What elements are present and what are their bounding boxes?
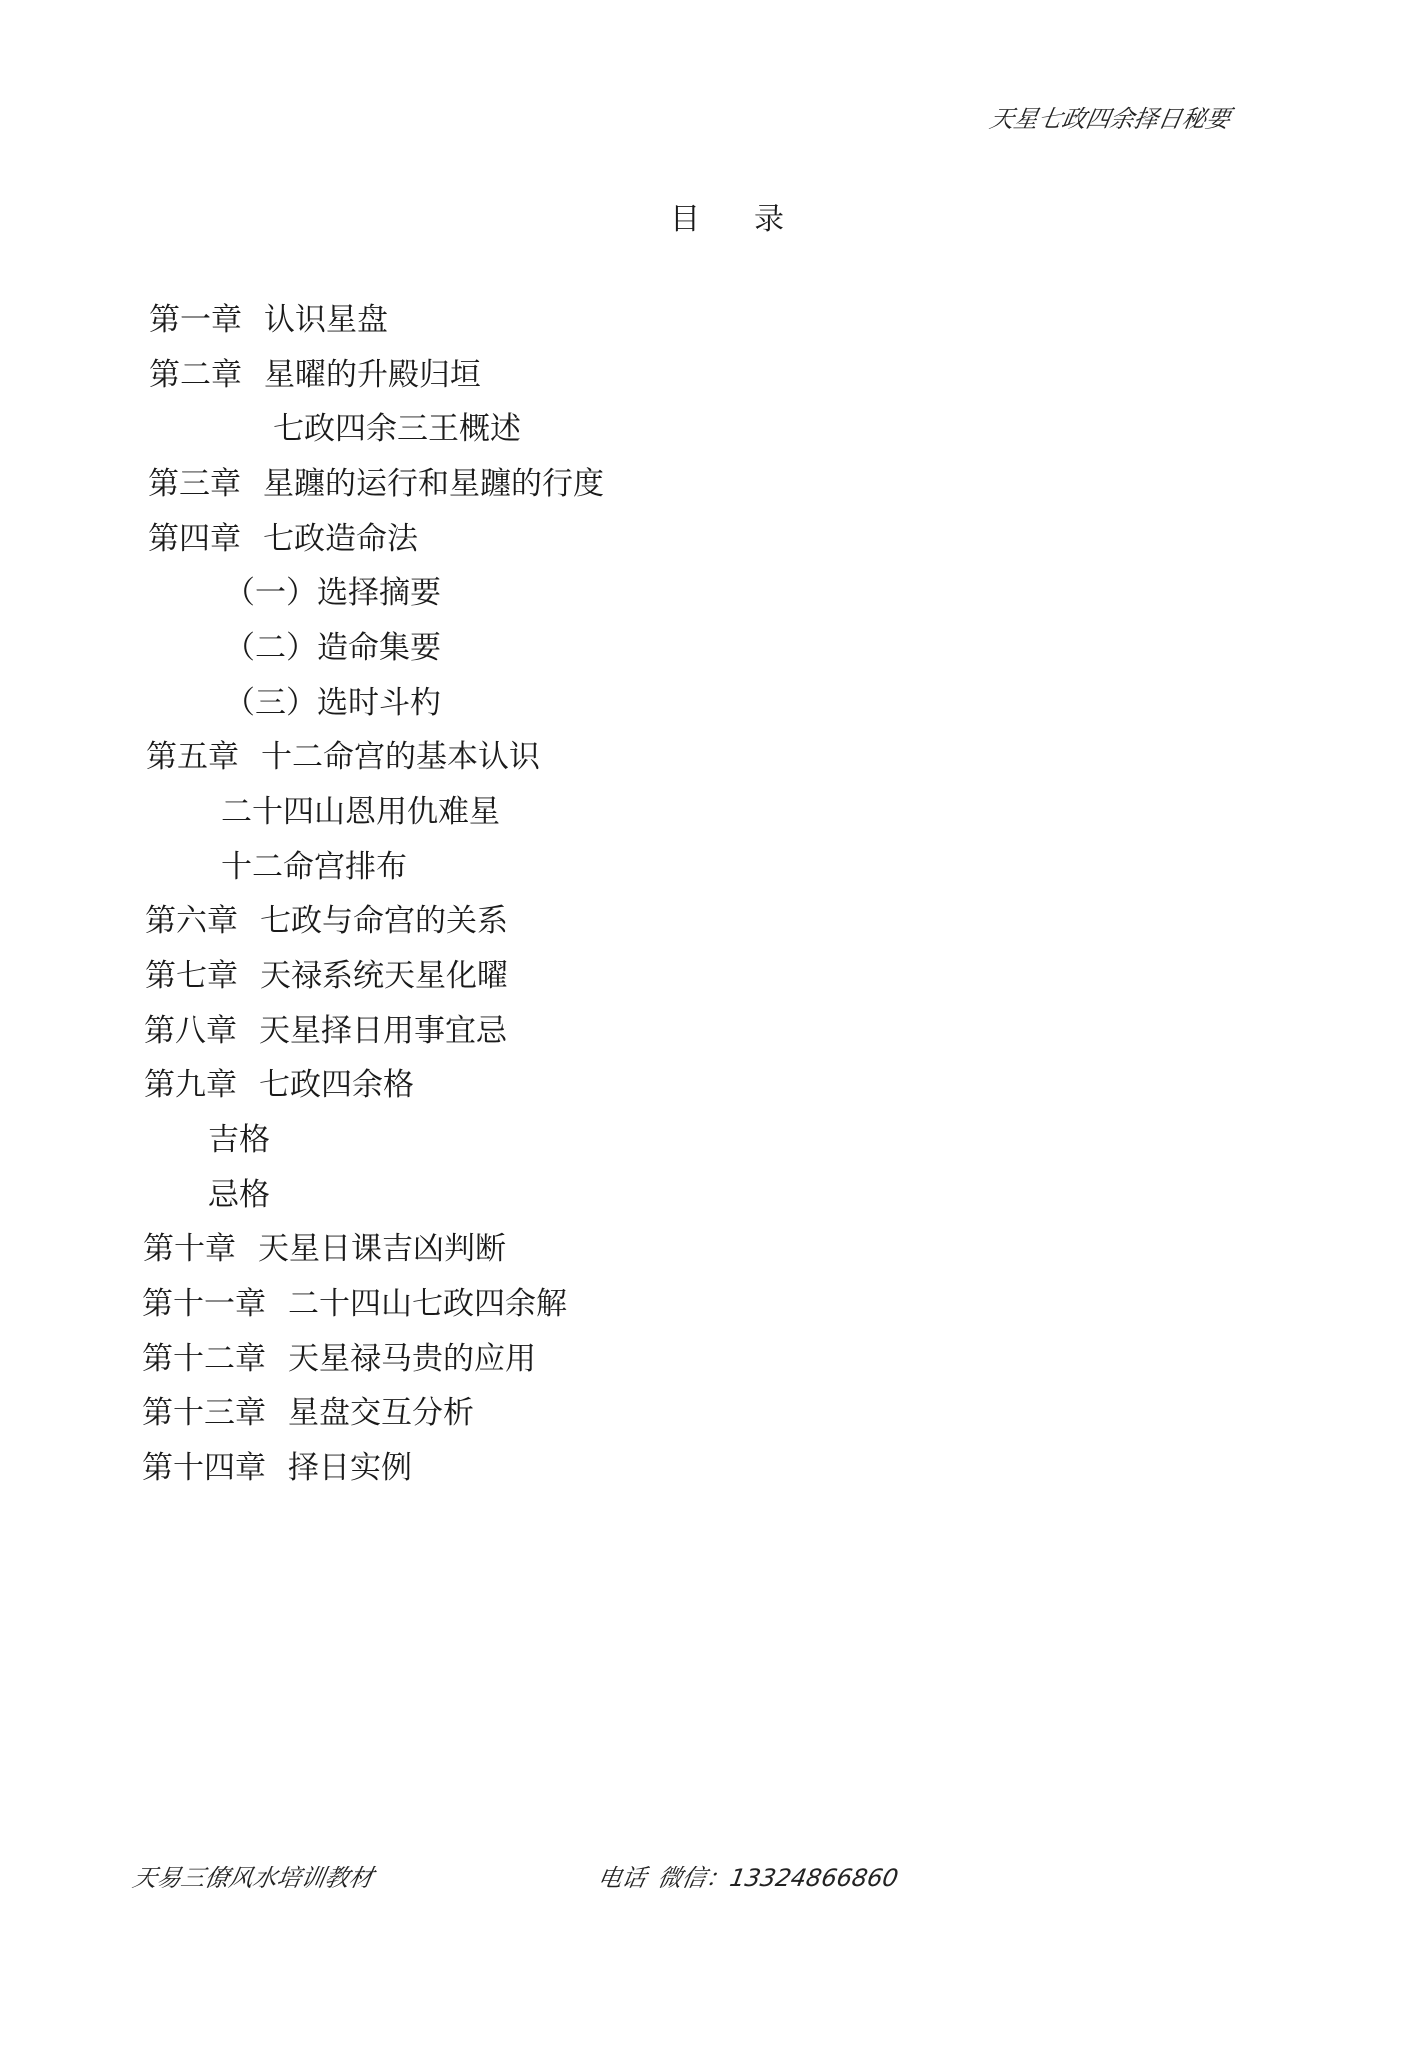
chapter-label: 第十三章 <box>142 1395 266 1431</box>
chapter-label: 第二章 <box>149 357 242 393</box>
section-title: 吉格 <box>208 1122 270 1158</box>
section-title: 七政四余三王概述 <box>273 411 521 447</box>
toc-entry-ch13[interactable]: 第十三章星盘交互分析 <box>142 1395 474 1431</box>
section-title: 造命集要 <box>317 630 441 666</box>
chapter-label: 第六章 <box>145 903 238 939</box>
toc-subentry[interactable]: （二）造命集要 <box>224 630 441 666</box>
chapter-title: 天星择日用事宜忌 <box>259 1013 507 1049</box>
chapter-title: 十二命宫的基本认识 <box>261 739 540 775</box>
section-title: 选择摘要 <box>317 575 441 611</box>
section-title: 二十四山恩用仇难星 <box>221 794 500 830</box>
running-header: 天星七政四余择日秘要 <box>987 104 1232 134</box>
toc-subentry[interactable]: 忌格 <box>208 1177 270 1213</box>
chapter-label: 第一章 <box>149 302 242 338</box>
toc-entry-ch10[interactable]: 第十章天星日课吉凶判断 <box>143 1231 506 1267</box>
chapter-label: 第九章 <box>144 1067 237 1103</box>
toc-entry-ch8[interactable]: 第八章天星择日用事宜忌 <box>144 1013 507 1049</box>
toc-subentry[interactable]: （一）选择摘要 <box>224 575 441 611</box>
toc-subentry[interactable]: 吉格 <box>208 1122 270 1158</box>
section-number: （二） <box>224 630 317 666</box>
chapter-title: 星曜的升殿归垣 <box>264 357 481 393</box>
section-title: 选时斗杓 <box>317 685 441 721</box>
toc-subentry[interactable]: 十二命宫排布 <box>221 849 407 885</box>
wechat-contact: 微信：13324866860 <box>656 1864 901 1892</box>
section-title: 十二命宫排布 <box>221 849 407 885</box>
toc-entry-ch2[interactable]: 第二章星曜的升殿归垣 <box>149 357 481 393</box>
section-number: （三） <box>224 685 317 721</box>
toc-entry-ch14[interactable]: 第十四章择日实例 <box>142 1450 412 1486</box>
toc-subentry[interactable]: 七政四余三王概述 <box>273 411 521 447</box>
chapter-label: 第七章 <box>145 958 238 994</box>
section-number: （一） <box>224 575 317 611</box>
toc-entry-ch5[interactable]: 第五章十二命宫的基本认识 <box>146 739 540 775</box>
toc-entry-ch3[interactable]: 第三章星躔的运行和星躔的行度 <box>148 466 604 502</box>
chapter-title: 星盘交互分析 <box>288 1395 474 1431</box>
toc-subentry[interactable]: 二十四山恩用仇难星 <box>221 794 500 830</box>
toc-entry-ch9[interactable]: 第九章七政四余格 <box>144 1067 414 1103</box>
chapter-label: 第十四章 <box>142 1450 266 1486</box>
toc-entry-ch6[interactable]: 第六章七政与命宫的关系 <box>145 903 508 939</box>
footer-publisher: 天易三僚风水培训教材 <box>130 1862 376 1894</box>
toc-subentry[interactable]: （三）选时斗杓 <box>224 685 441 721</box>
chapter-label: 第十二章 <box>142 1341 266 1377</box>
toc-entry-ch11[interactable]: 第十一章二十四山七政四余解 <box>142 1286 567 1322</box>
chapter-title: 天禄系统天星化曜 <box>260 958 508 994</box>
chapter-title: 认识星盘 <box>264 302 388 338</box>
chapter-title: 择日实例 <box>288 1450 412 1486</box>
chapter-title: 七政四余格 <box>259 1067 414 1103</box>
toc-entry-ch4[interactable]: 第四章七政造命法 <box>148 521 418 557</box>
chapter-title: 天星禄马贵的应用 <box>288 1341 536 1377</box>
toc-entry-ch12[interactable]: 第十二章天星禄马贵的应用 <box>142 1341 536 1377</box>
toc-entry-ch1[interactable]: 第一章认识星盘 <box>149 302 388 338</box>
chapter-title: 天星日课吉凶判断 <box>258 1231 506 1267</box>
chapter-label: 第三章 <box>148 466 241 502</box>
chapter-label: 第四章 <box>148 521 241 557</box>
chapter-label: 第五章 <box>146 739 239 775</box>
toc-title-char: 目 <box>670 202 700 238</box>
chapter-label: 第八章 <box>144 1013 237 1049</box>
chapter-title: 七政造命法 <box>263 521 418 557</box>
chapter-title: 二十四山七政四余解 <box>288 1286 567 1322</box>
phone-label: 电话 <box>596 1864 649 1892</box>
chapter-label: 第十章 <box>143 1231 236 1267</box>
chapter-title: 七政与命宫的关系 <box>260 903 508 939</box>
footer-contact: 电话微信：13324866860 <box>595 1862 901 1894</box>
toc-entry-ch7[interactable]: 第七章天禄系统天星化曜 <box>145 958 508 994</box>
toc-title: 目录 <box>670 202 784 238</box>
section-title: 忌格 <box>208 1177 270 1213</box>
chapter-title: 星躔的运行和星躔的行度 <box>263 466 604 502</box>
chapter-label: 第十一章 <box>142 1286 266 1322</box>
toc-title-char: 录 <box>754 202 784 238</box>
